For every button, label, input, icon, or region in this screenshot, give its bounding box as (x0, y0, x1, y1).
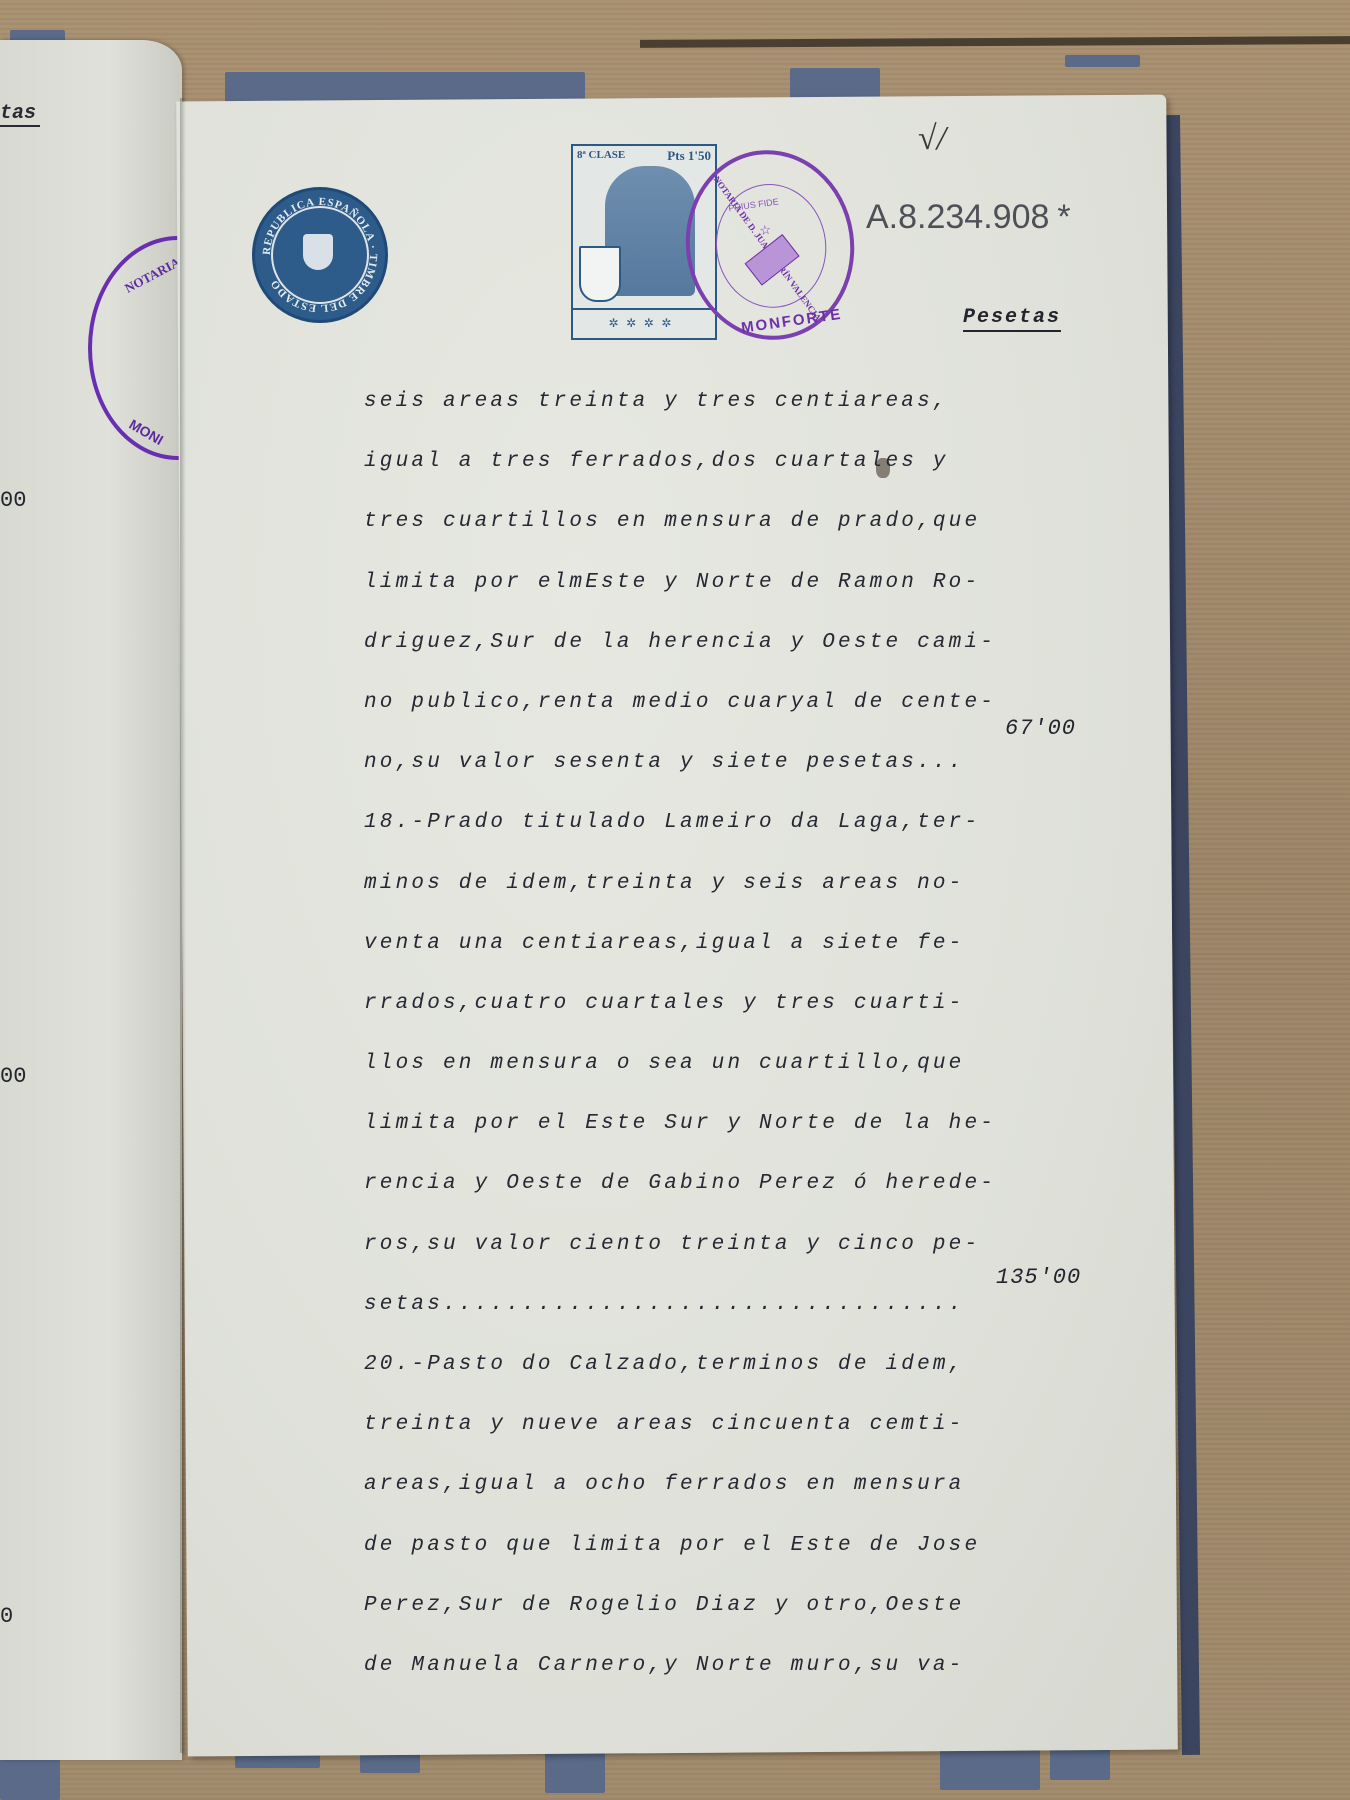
serial-number: A.8.234.908* (866, 198, 1071, 237)
text-line: limita por elmEste y Norte de Ramon Ro- (364, 553, 1004, 613)
binding-tab (1065, 55, 1140, 67)
stamp-ornament-band: ✲✲✲✲ (573, 308, 715, 338)
left-amount: 00 (0, 488, 26, 513)
text-line: minos de idem,treinta y seis areas no- (364, 854, 1004, 914)
text-line: venta una centiareas,igual a siete fe- (364, 914, 1004, 974)
state-seal-icon: REPUBLICA ESPAÑOLA · TIMBRE DEL ESTADO (252, 187, 388, 323)
text-line: driguez,Sur de la herencia y Oeste cami- (364, 613, 1004, 673)
binding-tab (790, 68, 880, 98)
text-line: tres cuartillos en mensura de prado,que (364, 492, 1004, 552)
text-line: igual a tres ferrados,dos cuartales y (364, 432, 1004, 492)
text-line: treinta y nueve areas cincuenta cemti- (364, 1395, 1004, 1455)
serial-number-value: A.8.234.908 (866, 198, 1049, 236)
text-line: de pasto que limita por el Este de Jose (364, 1516, 1004, 1576)
text-line: no,su valor sesenta y siete pesetas... (364, 733, 1004, 793)
left-column-heading: tas (0, 102, 40, 127)
binding-tab (225, 72, 585, 102)
text-line: 20.-Pasto do Calzado,terminos de idem, (364, 1335, 1004, 1395)
asterisk-icon: * (1057, 198, 1070, 236)
amount-value: 67'00 (1005, 716, 1076, 741)
pesetas-column-header: Pesetas (963, 306, 1061, 332)
text-line: areas,igual a ocho ferrados en mensura (364, 1455, 1004, 1515)
amount-value: 135'00 (996, 1265, 1081, 1290)
text-line: Perez,Sur de Rogelio Diaz y otro,Oeste (364, 1576, 1004, 1636)
coat-of-arms-icon (303, 234, 333, 270)
left-amount: 00 (0, 1064, 26, 1089)
text-line: ros,su valor ciento treinta y cinco pe- (364, 1215, 1004, 1275)
text-line: setas................................. (364, 1275, 1004, 1335)
stamp-class: 8ª CLASE (577, 150, 625, 161)
stamp-value: Pts 1'50 (667, 150, 711, 162)
shield-icon (579, 246, 621, 302)
text-line: seis areas treinta y tres centiareas, (364, 372, 1004, 432)
notary-seal-left-overlay (88, 236, 268, 460)
text-line: rencia y Oeste de Gabino Perez ó herede- (364, 1154, 1004, 1214)
text-line: 18.-Prado titulado Lameiro da Laga,ter- (364, 793, 1004, 853)
text-line: llos en mensura o sea un cuartillo,que (364, 1034, 1004, 1094)
check-mark: √/ (918, 120, 946, 158)
text-line: de Manuela Carnero,y Norte muro,su va- (364, 1636, 1004, 1696)
text-line: no publico,renta medio cuaryal de cente- (364, 673, 1004, 733)
text-line: rrados,cuatro cuartales y tres cuarti- (364, 974, 1004, 1034)
text-line: limita por el Este Sur y Norte de la he- (364, 1094, 1004, 1154)
left-amount: 0 (0, 1604, 13, 1629)
deed-body-text: seis areas treinta y tres centiareas, ig… (364, 372, 1004, 1696)
